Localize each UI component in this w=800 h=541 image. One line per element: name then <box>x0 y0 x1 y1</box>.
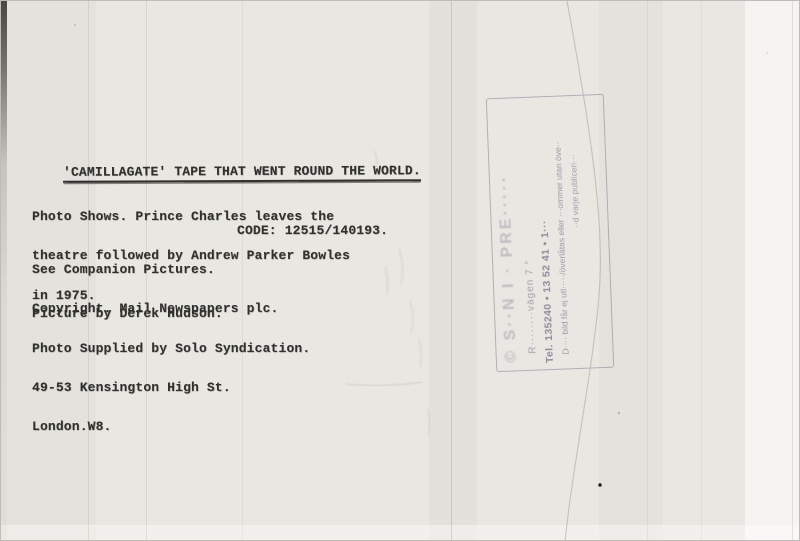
pencil-smudge-line <box>346 382 423 386</box>
credits-block: See Companion Pictures. Copyright. Mail … <box>32 237 310 460</box>
paper-streak <box>647 1 648 541</box>
caption-headline: 'CAMILLAGATE' TAPE THAT WENT ROUND THE W… <box>63 164 421 183</box>
photo-shows-line: Photo Shows. Prince Charles leaves the <box>32 210 350 223</box>
credit-line: London.W8. <box>32 420 310 433</box>
paper-left-edge-shadow <box>1 1 7 541</box>
credit-line: 49-53 Kensington High St. <box>32 381 310 394</box>
stamp-text-block: © S··N I · PRE····· R········vägen 7 ° T… <box>489 95 611 369</box>
paper-tone-band <box>429 1 477 541</box>
paper-streak <box>701 1 702 541</box>
paper-speck <box>618 412 620 414</box>
paper-streak <box>792 1 793 541</box>
credit-line: See Companion Pictures. <box>32 263 310 276</box>
photo-verso-scan: 'CAMILLAGATE' TAPE THAT WENT ROUND THE W… <box>0 0 800 541</box>
credit-line: Photo Supplied by Solo Syndication. <box>32 342 310 355</box>
ink-speck <box>598 483 601 486</box>
paper-speck <box>766 52 768 54</box>
paper-speck <box>74 24 76 26</box>
photographer-byline: Picture by Derek Hudson. <box>32 307 223 320</box>
agency-rubber-stamp: © S··N I · PRE····· R········vägen 7 ° T… <box>486 94 614 372</box>
paper-tone-band <box>1 525 800 541</box>
paper-streak <box>451 1 452 541</box>
photo-code: CODE: 12515/140193. <box>237 224 388 237</box>
